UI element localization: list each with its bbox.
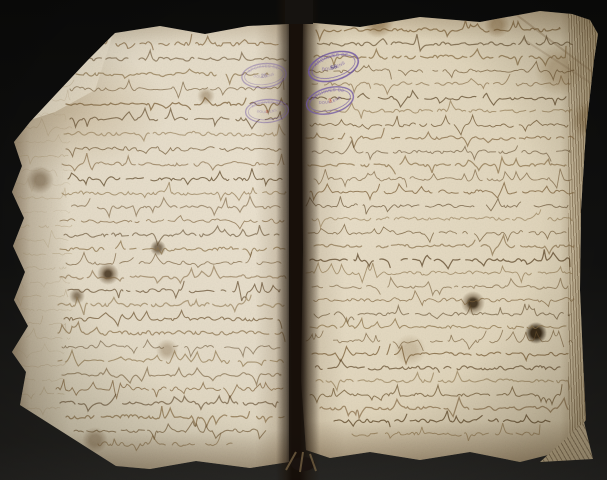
stamp-number: 8	[265, 109, 268, 115]
stamp-number: 26	[261, 73, 267, 80]
archive-stamp-left-top: ARCHIVES DE DOULLENS 26	[236, 59, 293, 91]
archive-stamps-layer: ARCHIVES DE DOULLENS 26 ARCHIVES DE DOUL…	[0, 0, 607, 480]
manuscript-scan-canvas: ARCHIVES DE DOULLENS 26 ARCHIVES DE DOUL…	[0, 0, 607, 480]
archive-stamp-right-top: ARCHIVES DE DOULLENS 56	[303, 44, 365, 90]
archive-stamp-left-bottom: ARCHIVES DE DOULLENS 8	[239, 96, 295, 126]
